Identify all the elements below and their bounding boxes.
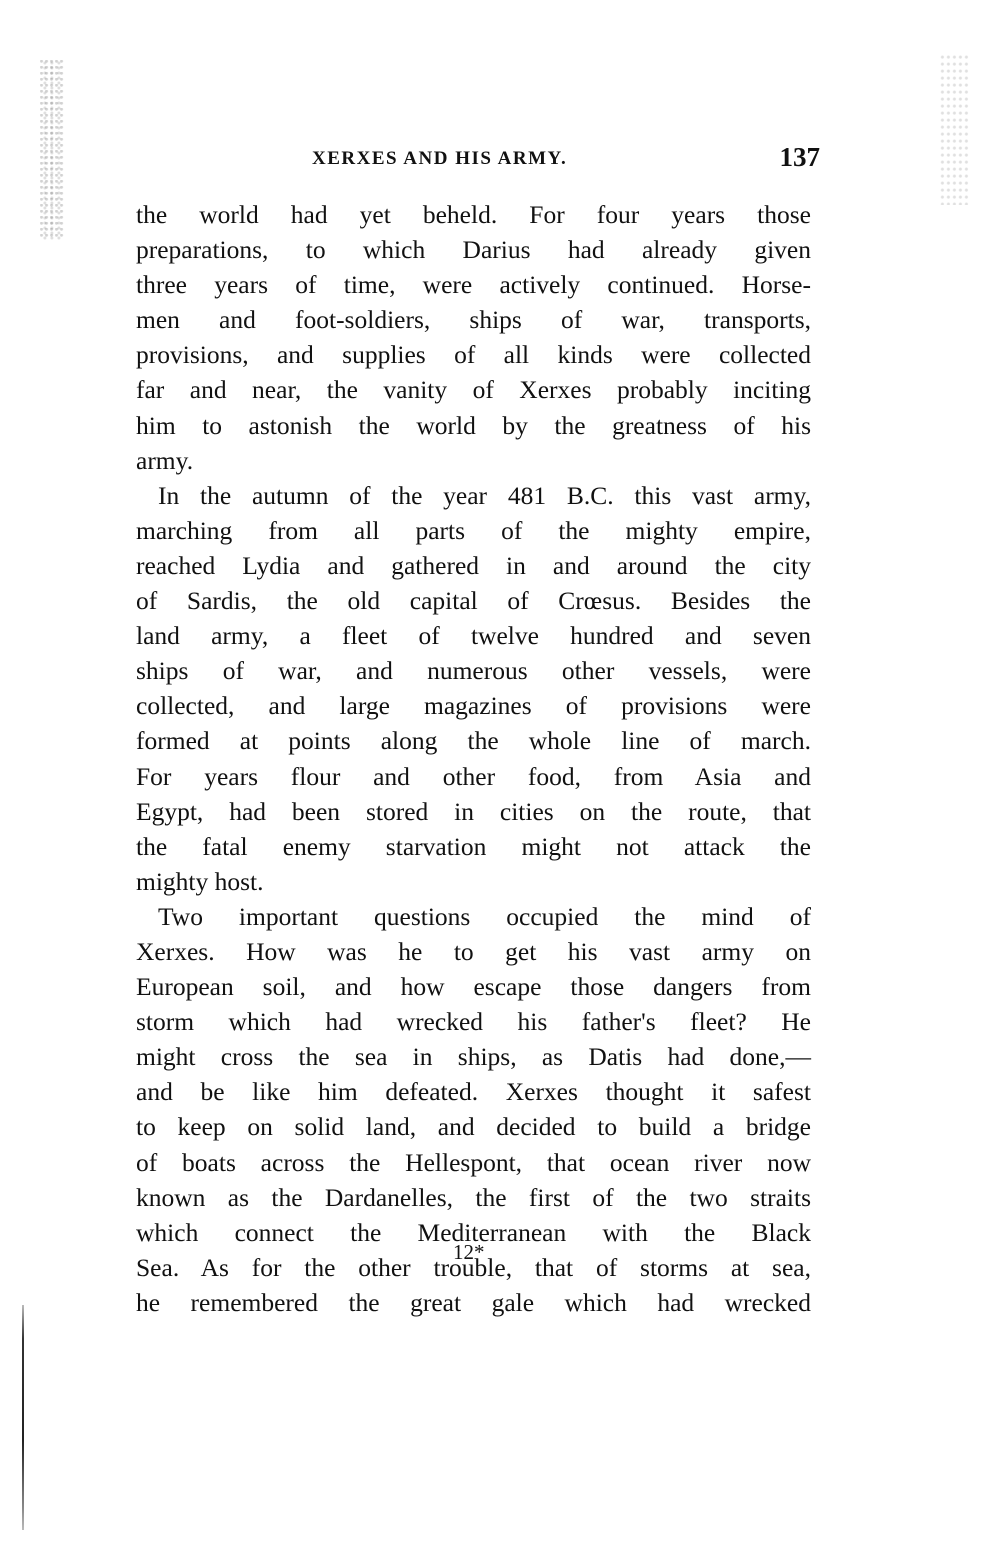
text-line: to keep on solid land, and decided to bu… bbox=[136, 1109, 811, 1144]
text-line: storm which had wrecked his father's fle… bbox=[136, 1004, 811, 1039]
text-line: reached Lydia and gathered in and around… bbox=[136, 548, 811, 583]
text-line: In the autumn of the year 481 B.C. this … bbox=[136, 478, 811, 513]
text-line: of Sardis, the old capital of Crœsus. Be… bbox=[136, 583, 811, 618]
body-text: the world had yet beheld. For four years… bbox=[136, 197, 811, 1320]
text-line: and be like him defeated. Xerxes thought… bbox=[136, 1074, 811, 1109]
text-line: preparations, to which Darius had alread… bbox=[136, 232, 811, 267]
text-line: the world had yet beheld. For four years… bbox=[136, 197, 811, 232]
text-line: three years of time, were actively conti… bbox=[136, 267, 811, 302]
running-header: XERXES AND HIS ARMY. 137 bbox=[290, 142, 820, 176]
text-line: Egypt, had been stored in cities on the … bbox=[136, 794, 811, 829]
text-line: collected, and large magazines of provis… bbox=[136, 688, 811, 723]
text-line: the fatal enemy starvation might not att… bbox=[136, 829, 811, 864]
text-line: of boats across the Hellespont, that oce… bbox=[136, 1145, 811, 1180]
text-line: Two important questions occupied the min… bbox=[136, 899, 811, 934]
page-number: 137 bbox=[780, 142, 821, 173]
text-line: might cross the sea in ships, as Datis h… bbox=[136, 1039, 811, 1074]
text-line: For years flour and other food, from Asi… bbox=[136, 759, 811, 794]
text-line: formed at points along the whole line of… bbox=[136, 723, 811, 758]
text-line: land army, a fleet of twelve hundred and… bbox=[136, 618, 811, 653]
binding-edge-line bbox=[22, 1305, 24, 1530]
signature-mark: 12* bbox=[453, 1240, 485, 1265]
text-line: him to astonish the world by the greatne… bbox=[136, 408, 811, 443]
text-line: men and foot-soldiers, ships of war, tra… bbox=[136, 302, 811, 337]
text-line: Xerxes. How was he to get his vast army … bbox=[136, 934, 811, 969]
text-line: army. bbox=[136, 443, 811, 478]
text-line: marching from all parts of the mighty em… bbox=[136, 513, 811, 548]
scan-noise-left bbox=[40, 60, 64, 240]
text-line: ships of war, and numerous other vessels… bbox=[136, 653, 811, 688]
text-line: mighty host. bbox=[136, 864, 811, 899]
text-line: known as the Dardanelles, the first of t… bbox=[136, 1180, 811, 1215]
text-line: far and near, the vanity of Xerxes proba… bbox=[136, 372, 811, 407]
text-line: European soil, and how escape those dang… bbox=[136, 969, 811, 1004]
text-line: provisions, and supplies of all kinds we… bbox=[136, 337, 811, 372]
scan-noise-right bbox=[940, 55, 970, 205]
running-title: XERXES AND HIS ARMY. bbox=[312, 148, 567, 170]
text-line: he remembered the great gale which had w… bbox=[136, 1285, 811, 1320]
